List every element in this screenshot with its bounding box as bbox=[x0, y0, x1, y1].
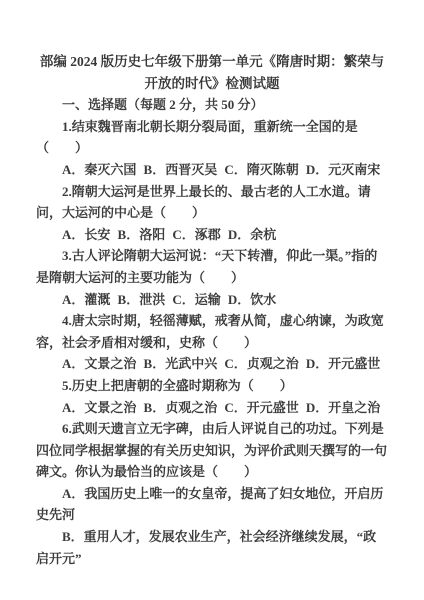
question-1-options: A．秦灭六国B．西晋灭吴C．隋灭陈朝D．元灭南宋 bbox=[36, 159, 388, 181]
question-5-option-b: B．贞观之治 bbox=[144, 400, 218, 415]
question-4-option-b: B．光武中兴 bbox=[144, 356, 218, 371]
paper-title: 部编 2024 版历史七年级下册第一单元《隋唐时期：繁荣与 开放的时代》检测试题 bbox=[36, 51, 388, 94]
paper-title-line-2: 开放的时代》检测试题 bbox=[36, 73, 388, 95]
question-1: 1.结束魏晋南北朝长期分裂局面，重新统一全国的是（ ） A．秦灭六国B．西晋灭吴… bbox=[36, 116, 388, 181]
question-2: 2.隋朝大运河是世界上最长的、最古老的人工水道。请问，大运河的中心是（ ） A．… bbox=[36, 181, 388, 246]
question-1-option-c: C．隋灭陈朝 bbox=[224, 162, 298, 177]
question-3-option-d: D．饮水 bbox=[228, 292, 276, 307]
question-1-text: 1.结束魏晋南北朝长期分裂局面，重新统一全国的是（ ） bbox=[36, 116, 388, 159]
question-6-text: 6.武则天遗言立无字碑，由后人评说自己的功过。下列是四位同学根据掌握的有关历史知… bbox=[36, 418, 388, 483]
question-6-option-a: A．我国历史上唯一的女皇帝，提高了妇女地位，开启历史先河 bbox=[36, 483, 388, 526]
question-4-text: 4.唐太宗时期，轻徭薄赋，戒奢从简，虚心纳谏，为政宽容，社会矛盾相对缓和，史称（… bbox=[36, 310, 388, 353]
question-5-text: 5.历史上把唐朝的全盛时期称为（ ） bbox=[36, 375, 388, 397]
question-6-option-b: B．重用人才，发展农业生产，社会经济继续发展，“政启开元” bbox=[36, 526, 388, 569]
question-4: 4.唐太宗时期，轻徭薄赋，戒奢从简，虚心纳谏，为政宽容，社会矛盾相对缓和，史称（… bbox=[36, 310, 388, 375]
question-2-option-d: D．余杭 bbox=[228, 227, 276, 242]
question-5: 5.历史上把唐朝的全盛时期称为（ ） A．文景之治B．贞观之治C．开元盛世D．开… bbox=[36, 375, 388, 418]
question-3-options: A．灌溉B．泄洪C．运输D．饮水 bbox=[36, 289, 388, 311]
question-4-options: A．文景之治B．光武中兴C．贞观之治D．开元盛世 bbox=[36, 353, 388, 375]
section-heading: 一、选择题（每题 2 分，共 50 分） bbox=[36, 94, 388, 116]
question-1-option-a: A．秦灭六国 bbox=[62, 162, 136, 177]
question-2-text: 2.隋朝大运河是世界上最长的、最古老的人工水道。请问，大运河的中心是（ ） bbox=[36, 181, 388, 224]
paper-title-line-1: 部编 2024 版历史七年级下册第一单元《隋唐时期：繁荣与 bbox=[36, 51, 388, 73]
question-1-option-d: D．元灭南宋 bbox=[306, 162, 380, 177]
question-6: 6.武则天遗言立无字碑，由后人评说自己的功过。下列是四位同学根据掌握的有关历史知… bbox=[36, 418, 388, 569]
question-4-option-d: D．开元盛世 bbox=[306, 356, 380, 371]
question-5-option-c: C．开元盛世 bbox=[224, 400, 298, 415]
question-3-option-a: A．灌溉 bbox=[62, 292, 110, 307]
question-2-option-a: A．长安 bbox=[62, 227, 110, 242]
question-5-options: A．文景之治B．贞观之治C．开元盛世D．开皇之治 bbox=[36, 397, 388, 419]
test-paper-page: 部编 2024 版历史七年级下册第一单元《隋唐时期：繁荣与 开放的时代》检测试题… bbox=[0, 0, 424, 600]
question-2-option-c: C．涿郡 bbox=[172, 227, 220, 242]
question-3-option-b: B．泄洪 bbox=[118, 292, 166, 307]
question-3-text: 3.古人评论隋朝大运河说：“天下转漕，仰此一渠。”指的是隋朝大运河的主要功能为（… bbox=[36, 245, 388, 288]
question-2-option-b: B．洛阳 bbox=[118, 227, 166, 242]
question-4-option-a: A．文景之治 bbox=[62, 356, 136, 371]
question-2-options: A．长安B．洛阳C．涿郡D．余杭 bbox=[36, 224, 388, 246]
question-1-option-b: B．西晋灭吴 bbox=[144, 162, 218, 177]
question-3-option-c: C．运输 bbox=[172, 292, 220, 307]
question-5-option-d: D．开皇之治 bbox=[306, 400, 380, 415]
question-4-option-c: C．贞观之治 bbox=[224, 356, 298, 371]
question-5-option-a: A．文景之治 bbox=[62, 400, 136, 415]
question-3: 3.古人评论隋朝大运河说：“天下转漕，仰此一渠。”指的是隋朝大运河的主要功能为（… bbox=[36, 245, 388, 310]
